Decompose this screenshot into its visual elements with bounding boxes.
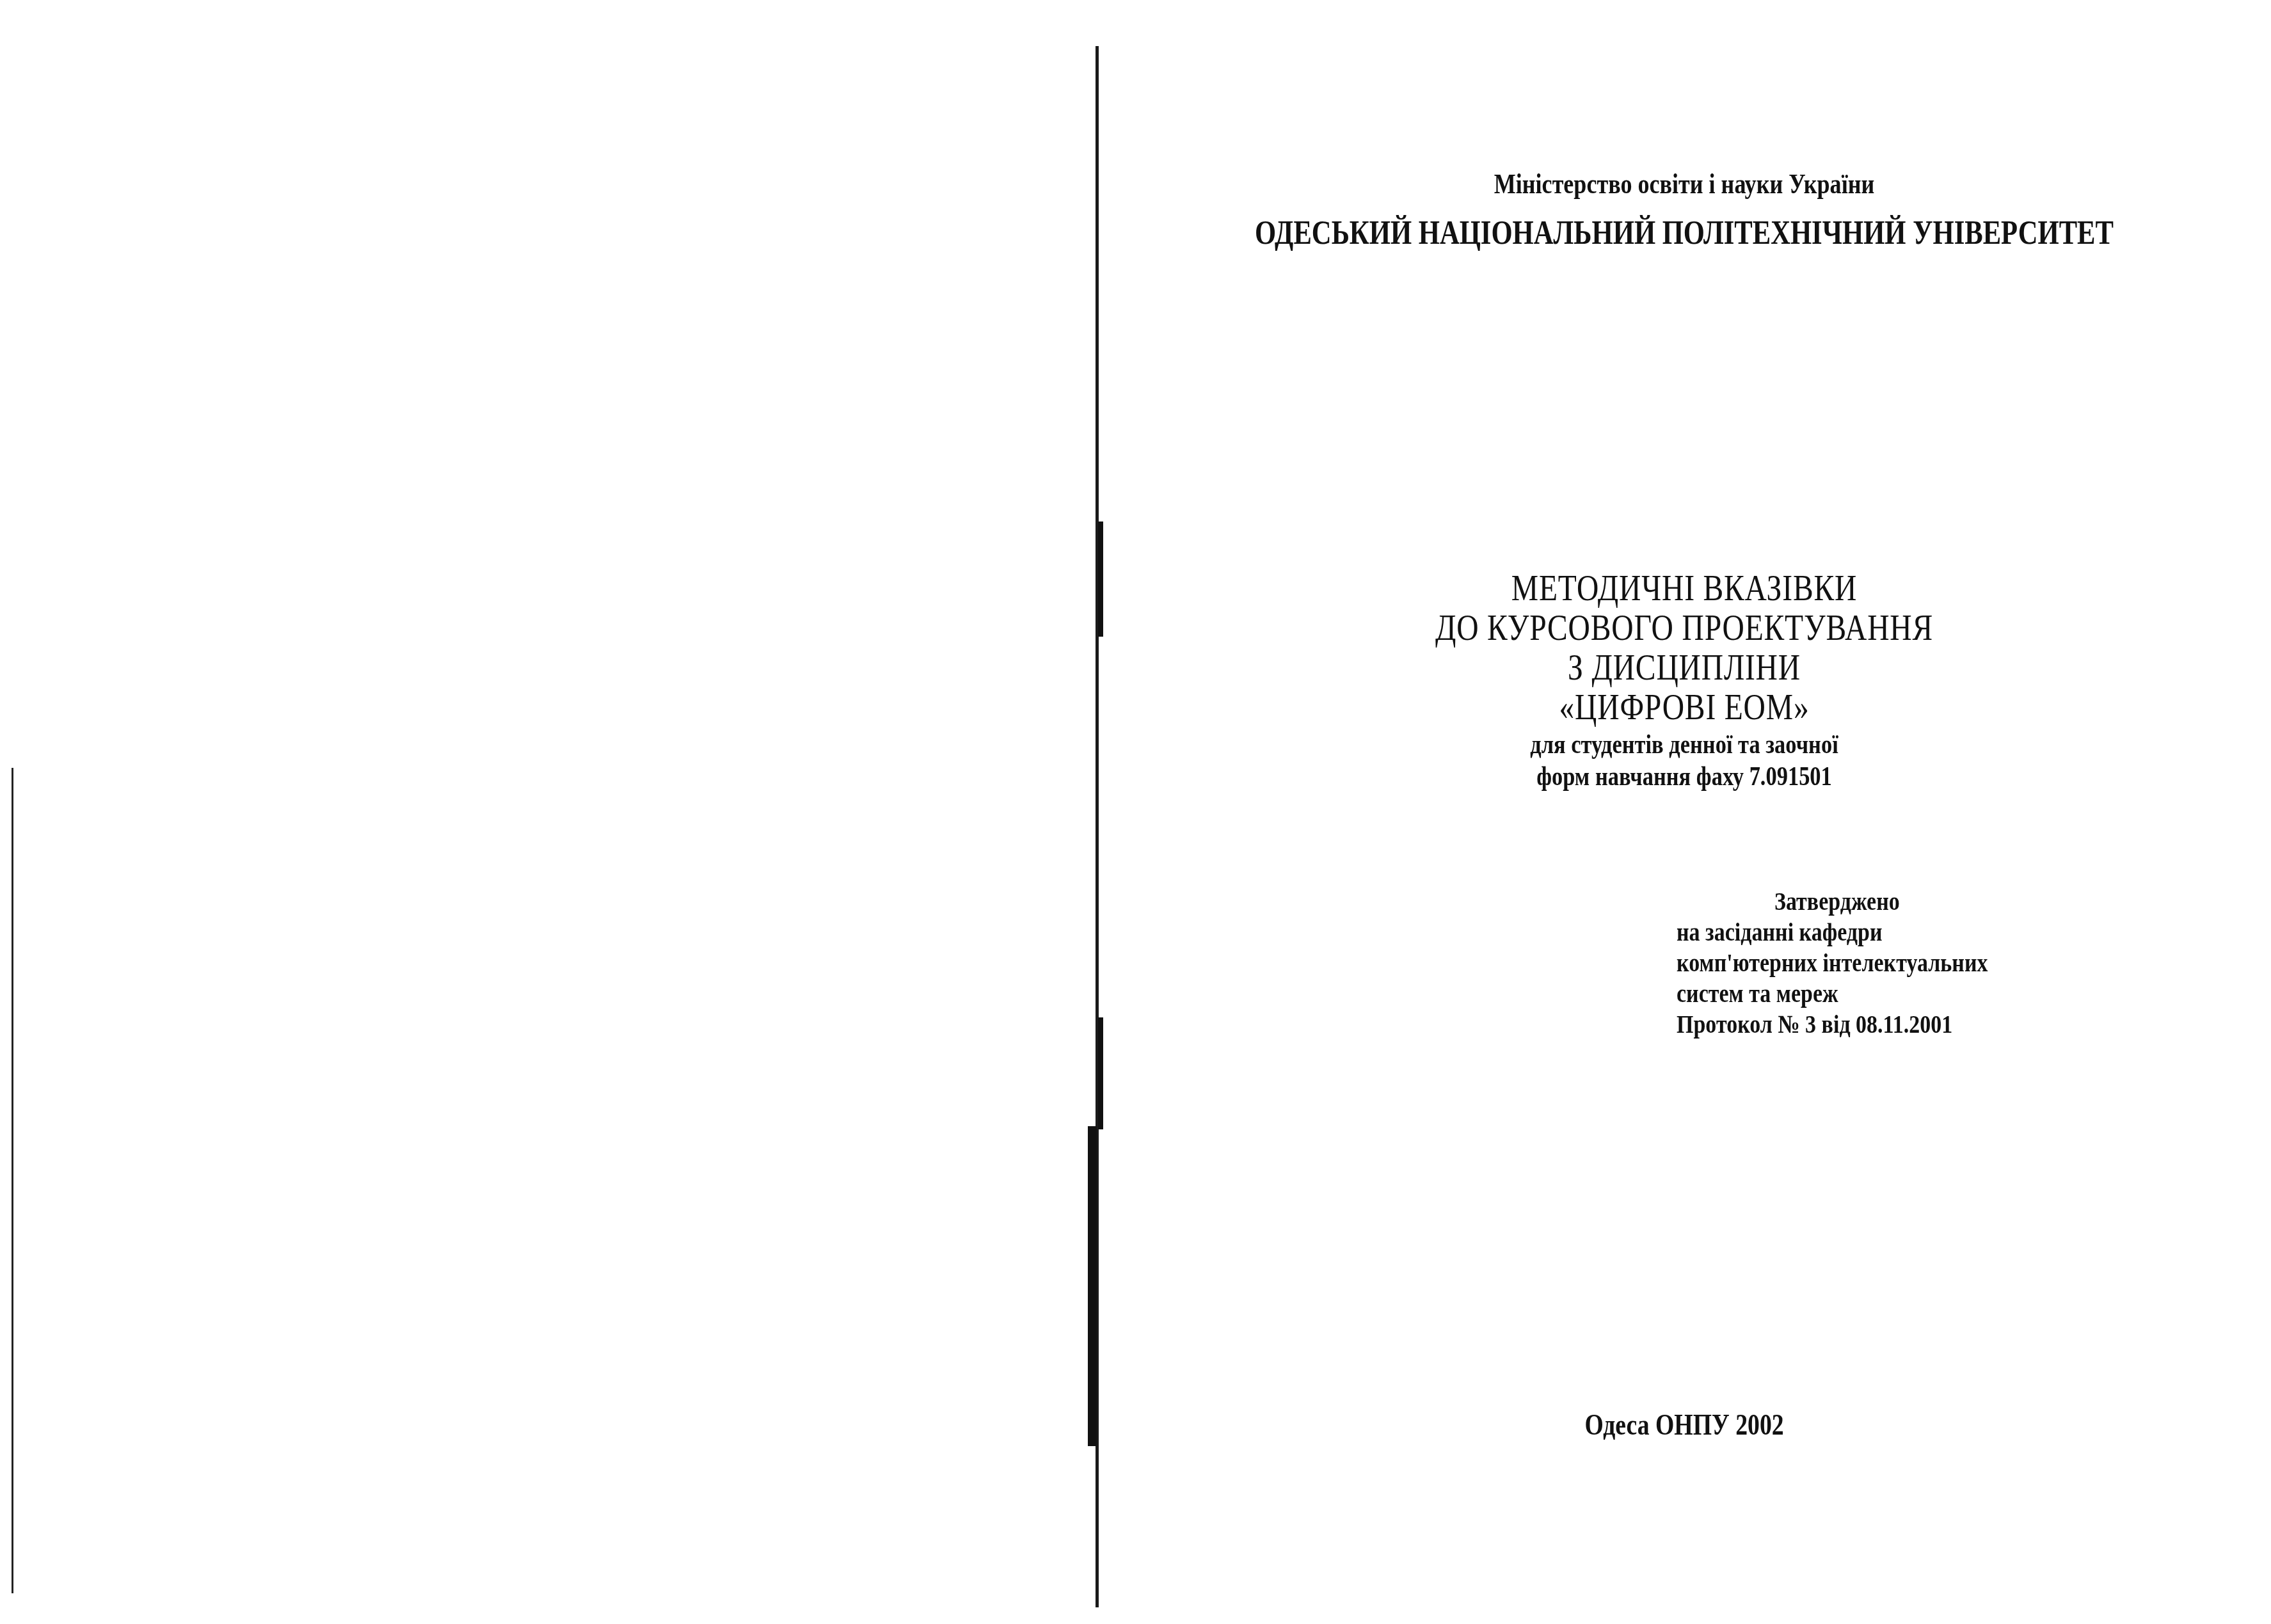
publication-footer: Одеса ОНПУ 2002	[1203, 1408, 2165, 1442]
university-name: ОДЕСЬКИЙ НАЦІОНАЛЬНИЙ ПОЛІТЕХНІЧНИЙ УНІВ…	[1203, 214, 2165, 252]
left-page-blank	[0, 0, 1097, 1624]
approval-block: Затверджено на засіданні кафедри комп'ют…	[1677, 886, 2043, 1040]
approval-line: систем та мереж	[1677, 978, 1988, 1009]
title-line: ДО КУРСОВОГО ПРОЕКТУВАННЯ	[1203, 606, 2165, 649]
binding-shadow	[1088, 1126, 1097, 1446]
title-line: «ЦИФРОВІ ЕОМ»	[1203, 685, 2165, 728]
title-line: З ДИСЦИПЛІНИ	[1203, 646, 2165, 689]
title-page: Міністерство освіти і науки України ОДЕС…	[1097, 0, 2271, 1624]
approval-heading: Затверджено	[1677, 886, 1988, 917]
subtitle-line: для студентів денної та заочної	[1203, 729, 2165, 760]
approval-line: комп'ютерних інтелектуальних	[1677, 948, 1988, 978]
ministry-heading: Міністерство освіти і науки України	[1203, 168, 2165, 200]
approval-line: на засіданні кафедри	[1677, 917, 1988, 948]
title-line: МЕТОДИЧНІ ВКАЗІВКИ	[1203, 566, 2165, 609]
subtitle-line: форм навчання фаху 7.091501	[1203, 761, 2165, 792]
page-edge-line	[12, 768, 13, 1593]
approval-line: Протокол № 3 від 08.11.2001	[1677, 1009, 1988, 1040]
